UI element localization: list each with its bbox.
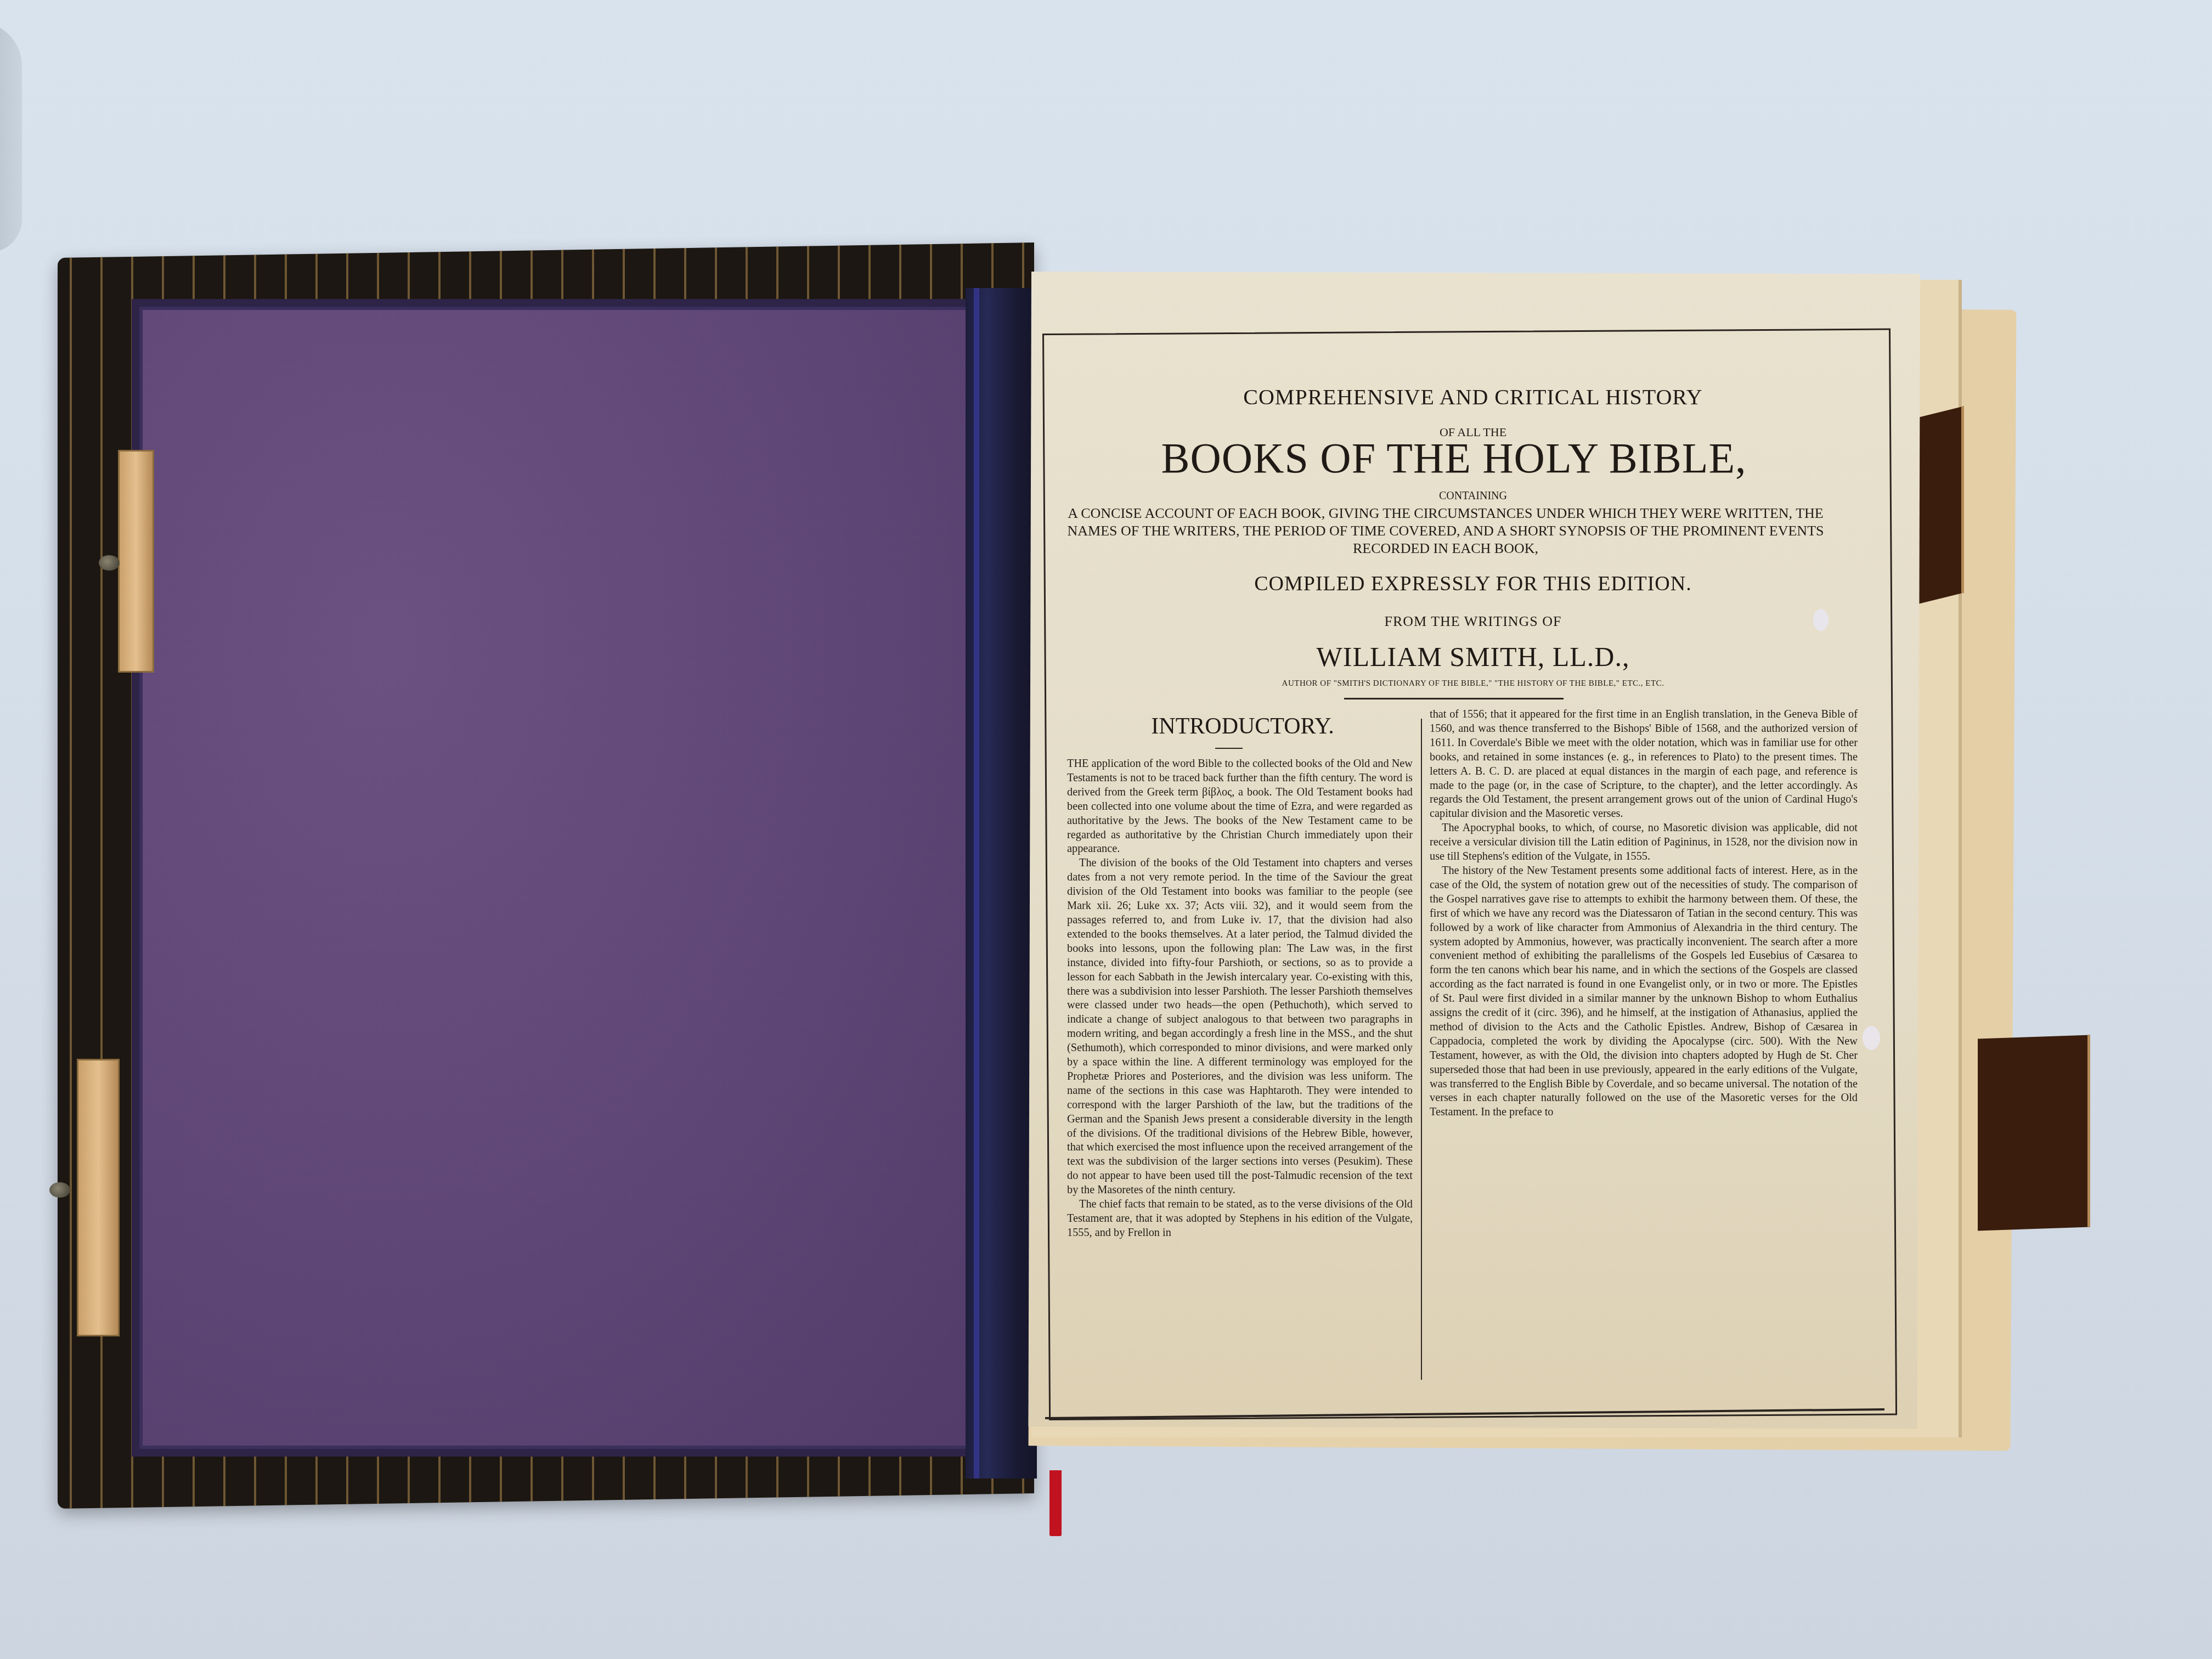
title-author-note: AUTHOR OF "SMITH'S DICTIONARY OF THE BIB…: [1081, 679, 1865, 689]
paragraph: THE application of the word Bible to the…: [1067, 757, 1413, 856]
title-subtitle: COMPREHENSIVE AND CRITICAL HISTORY: [1081, 384, 1865, 410]
title-containing: CONTAINING: [1081, 490, 1865, 503]
clasp-catch-bottom[interactable]: [1978, 1035, 2090, 1231]
paragraph: that of 1556; that it appeared for the f…: [1430, 708, 1858, 821]
purple-endpaper: [132, 299, 977, 1457]
text-column-right: that of 1556; that it appeared for the f…: [1430, 708, 1858, 1120]
clasp-plate-bottom[interactable]: [77, 1059, 120, 1336]
clasp-knob-bottom-icon: [49, 1182, 70, 1198]
title-author: WILLIAM SMITH, LL.D.,: [1081, 641, 1865, 673]
text-column-left: THE application of the word Bible to the…: [1067, 757, 1413, 1240]
clasp-catch-top[interactable]: [1912, 406, 1964, 606]
paragraph: The Apocryphal books, to which, of cours…: [1430, 821, 1858, 864]
gutter-blue-edge: [974, 288, 979, 1479]
title-from-writings: FROM THE WRITINGS OF: [1081, 613, 1865, 630]
heading-rule: [1215, 748, 1243, 749]
background-object: [0, 22, 22, 252]
main-title: BOOKS OF THE HOLY BIBLE,: [1053, 433, 1854, 483]
paragraph: The history of the New Testament present…: [1430, 864, 1858, 1120]
title-compiled: COMPILED EXPRESSLY FOR THIS EDITION.: [1081, 572, 1865, 596]
clasp-plate-top[interactable]: [118, 450, 154, 673]
ribbon-bookmark[interactable]: [1049, 1470, 1062, 1536]
title-divider-rule: [1344, 698, 1564, 699]
column-divider: [1421, 719, 1422, 1380]
paper-stain: [1863, 1026, 1880, 1050]
title-description: A CONCISE ACCOUNT OF EACH BOOK, GIVING T…: [1042, 505, 1849, 557]
clasp-knob-top-icon: [99, 555, 120, 571]
paragraph: The chief facts that remain to be stated…: [1067, 1198, 1413, 1240]
introductory-heading: INTRODUCTORY.: [1064, 713, 1421, 740]
paragraph: The division of the books of the Old Tes…: [1067, 856, 1413, 1198]
